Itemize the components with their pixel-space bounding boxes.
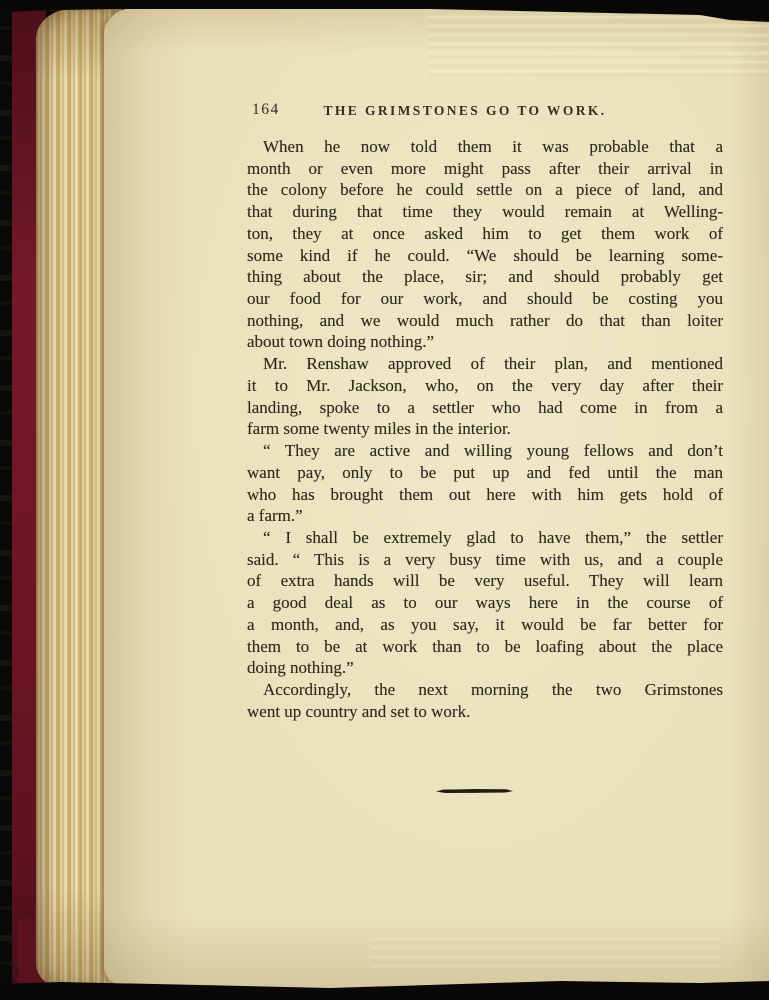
text-line: a month, and, as you say, it would be fa… bbox=[247, 614, 723, 636]
text-line: “ I shall be extremely glad to have them… bbox=[247, 527, 723, 549]
text-line: farm some twenty miles in the interior. bbox=[247, 418, 723, 440]
scanned-book-photo: 164 THE GRIMSTONES GO TO WORK. When he n… bbox=[0, 0, 769, 1000]
text-line: a farm.” bbox=[247, 505, 723, 527]
running-header: THE GRIMSTONES GO TO WORK. bbox=[323, 103, 606, 119]
paragraph: When he now told them it was probable th… bbox=[247, 136, 723, 353]
paragraph: “ I shall be extremely glad to have them… bbox=[247, 527, 723, 679]
text-line: about town doing nothing.” bbox=[247, 331, 723, 353]
text-block: When he now told them it was probable th… bbox=[247, 136, 723, 722]
text-line: want pay, only to be put up and fed unti… bbox=[247, 462, 723, 484]
text-line: landing, spoke to a settler who had come… bbox=[247, 397, 723, 419]
page-edge-streaks-bottom bbox=[370, 938, 720, 974]
text-line: “ They are active and willing young fell… bbox=[247, 440, 723, 462]
text-line: who has brought them out here with him g… bbox=[247, 484, 723, 506]
text-line: month or even more might pass after thei… bbox=[247, 158, 723, 180]
text-line: a good deal as to our ways here in the c… bbox=[247, 592, 723, 614]
text-line: said. “ This is a very busy time with us… bbox=[247, 549, 723, 571]
text-line: some kind if he could. “We should be lea… bbox=[247, 245, 723, 267]
text-line: that during that time they would remain … bbox=[247, 201, 723, 223]
text-line: Accordingly, the next morning the two Gr… bbox=[247, 679, 723, 701]
page-number: 164 bbox=[252, 101, 280, 119]
text-line: ton, they at once asked him to get them … bbox=[247, 223, 723, 245]
paragraph: “ They are active and willing young fell… bbox=[247, 440, 723, 527]
page-edge-streaks-top bbox=[428, 16, 769, 78]
text-line: Mr. Renshaw approved of their plan, and … bbox=[247, 353, 723, 375]
text-line: them to be at work than to be loafing ab… bbox=[247, 636, 723, 658]
text-line: doing nothing.” bbox=[247, 657, 723, 679]
paragraph: Mr. Renshaw approved of their plan, and … bbox=[247, 353, 723, 440]
text-line: the colony before he could settle on a p… bbox=[247, 179, 723, 201]
text-line: When he now told them it was probable th… bbox=[247, 136, 723, 158]
paragraph: Accordingly, the next morning the two Gr… bbox=[247, 679, 723, 722]
text-line: thing about the place, sir; and should p… bbox=[247, 266, 723, 288]
text-line: our food for our work, and should be cos… bbox=[247, 288, 723, 310]
text-line: it to Mr. Jackson, who, on the very day … bbox=[247, 375, 723, 397]
text-line: of extra hands will be very useful. They… bbox=[247, 570, 723, 592]
text-line: nothing, and we would much rather do tha… bbox=[247, 310, 723, 332]
text-line: went up country and set to work. bbox=[247, 701, 723, 723]
